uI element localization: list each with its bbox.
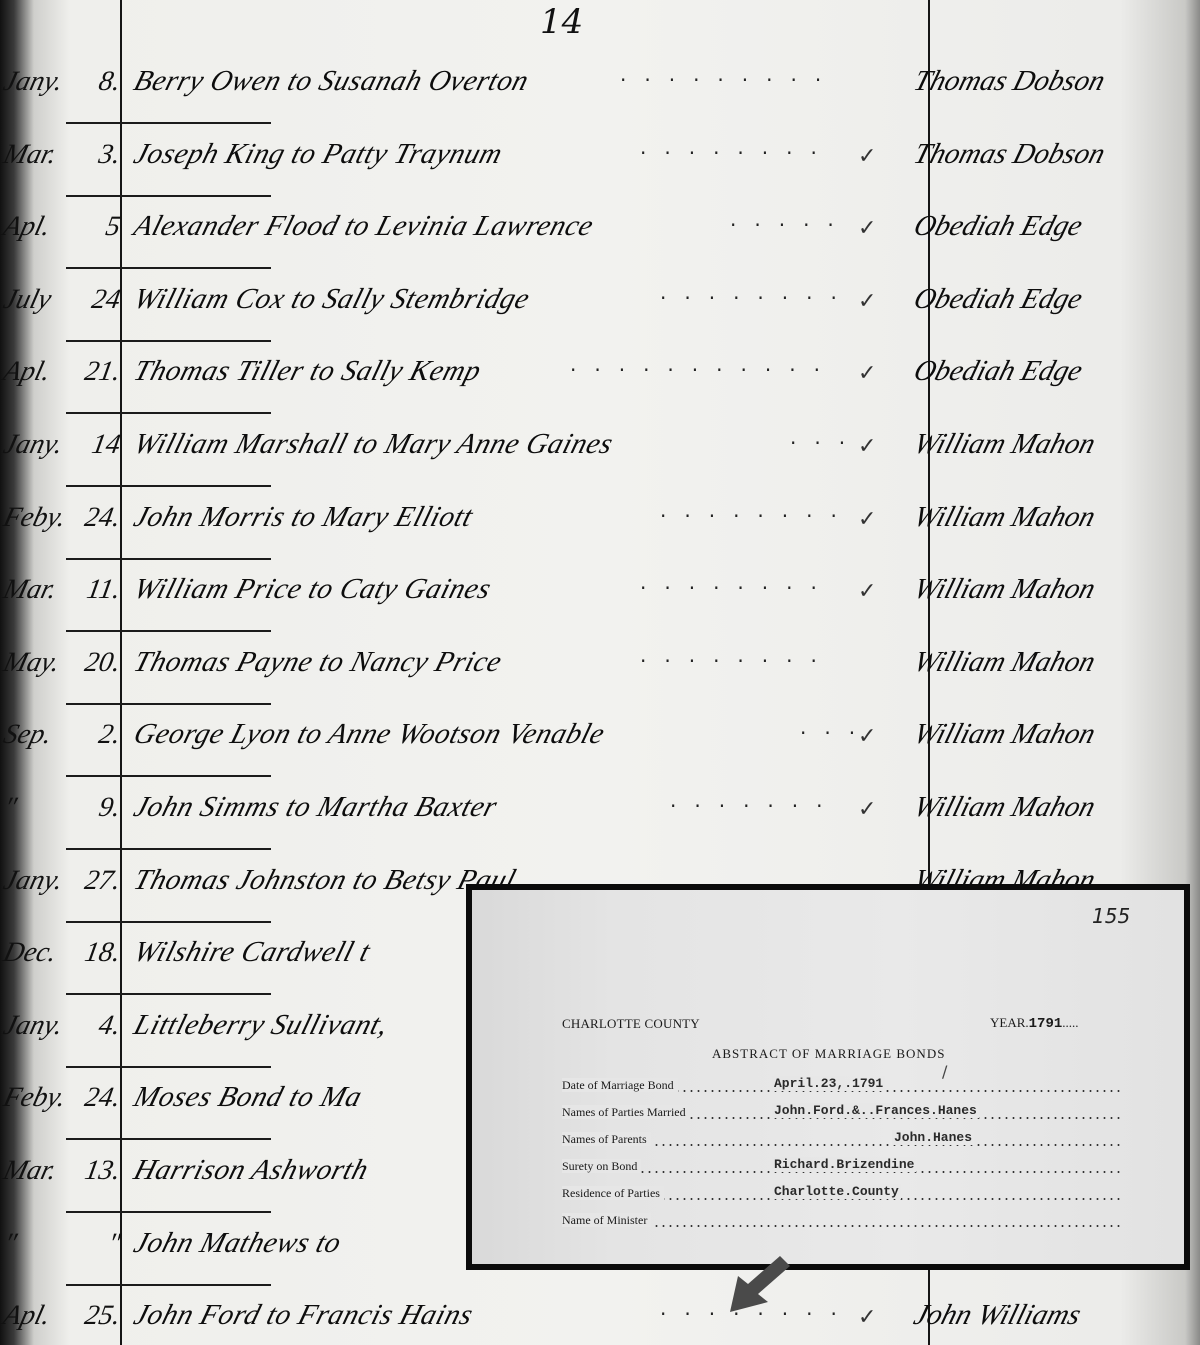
- page-number: 14: [540, 2, 583, 42]
- entry-officiant: William Mahon: [910, 791, 1099, 824]
- field-name-of-minister: Name of Minister: [562, 1211, 1122, 1231]
- entry-parties: Thomas Tiller to Sally Kemp: [130, 355, 485, 388]
- entry-day: 13.: [71, 1155, 123, 1187]
- entry-parties: Alexander Flood to Levinia Lawrence: [130, 210, 597, 243]
- field-label: Residence of Parties: [562, 1186, 664, 1200]
- register-entry-row: Apl.21.Thomas Tiller to Sally Kemp······…: [0, 328, 1200, 400]
- entry-day: 3.: [71, 139, 123, 171]
- leader-dots: ········: [640, 576, 835, 600]
- entry-officiant: Thomas Dobson: [910, 138, 1109, 171]
- entry-month: Apl.: [0, 356, 78, 388]
- entry-day: 9.: [71, 792, 123, 824]
- field-label: Names of Parties Married: [562, 1105, 690, 1119]
- entry-parties: Moses Bond to Ma: [130, 1081, 366, 1114]
- register-entry-row: Mar.3.Joseph King to Patty Traynum······…: [0, 111, 1200, 183]
- card-year-label: YEAR.: [990, 1015, 1029, 1030]
- register-entry-row: May.20.Thomas Payne to Nancy Price······…: [0, 619, 1200, 691]
- entry-day: 8.: [71, 66, 123, 98]
- entry-day: 20.: [71, 647, 123, 679]
- entry-day: 5: [71, 211, 123, 243]
- entry-day: 25.: [71, 1300, 123, 1332]
- field-value: Richard.Brizendine: [772, 1157, 916, 1172]
- entry-day: 24: [71, 284, 123, 316]
- register-entry-row: Feby.24.John Morris to Mary Elliott·····…: [0, 474, 1200, 546]
- entry-day: 24.: [71, 502, 123, 534]
- entry-officiant: Thomas Dobson: [910, 65, 1109, 98]
- entry-parties: William Marshall to Mary Anne Gaines: [130, 428, 617, 461]
- checkmark-icon: ✓: [858, 434, 876, 459]
- checkmark-icon: /: [942, 1062, 947, 1081]
- register-entry-row: Apl.25.John Ford to Francis Hains·······…: [0, 1272, 1200, 1344]
- entry-parties: John Morris to Mary Elliott: [130, 501, 477, 534]
- entry-month: ": [0, 792, 78, 824]
- entry-officiant: Obediah Edge: [910, 210, 1086, 243]
- register-entry-row: Sep.2.George Lyon to Anne Wootson Venabl…: [0, 691, 1200, 763]
- field-names-of-parties-married: Names of Parties Married John.Ford.&..Fr…: [562, 1103, 1122, 1123]
- arrow-down-left-icon: [724, 1254, 794, 1314]
- checkmark-icon: ✓: [858, 144, 876, 169]
- entry-parties: Littleberry Sullivant,: [130, 1009, 392, 1042]
- register-entry-row: Apl.5Alexander Flood to Levinia Lawrence…: [0, 183, 1200, 255]
- entry-month: Mar.: [0, 574, 78, 606]
- field-label: Names of Parents: [562, 1132, 651, 1146]
- leader-dots: ···········: [570, 358, 838, 382]
- entry-day: 27.: [71, 865, 123, 897]
- entry-month: ": [0, 1228, 78, 1260]
- abstract-of-marriage-bonds-card: 155 CHARLOTTE COUNTY YEAR.1791..... ABST…: [466, 884, 1190, 1270]
- card-title: ABSTRACT OF MARRIAGE BONDS: [712, 1046, 945, 1062]
- entry-parties: John Mathews to: [130, 1227, 345, 1260]
- register-entry-row: Mar.11.William Price to Caty Gaines·····…: [0, 546, 1200, 618]
- checkmark-icon: ✓: [858, 507, 876, 532]
- card-county: CHARLOTTE COUNTY: [562, 1016, 700, 1032]
- checkmark-icon: ✓: [858, 724, 876, 749]
- entry-day: 21.: [71, 356, 123, 388]
- field-label: Name of Minister: [562, 1213, 651, 1227]
- field-surety-on-bond: Surety on Bond Richard.Brizendine: [562, 1157, 1122, 1177]
- field-residence-of-parties: Residence of Parties Charlotte.County: [562, 1184, 1122, 1204]
- leader-dots: ········: [640, 141, 835, 165]
- entry-officiant: William Mahon: [910, 501, 1099, 534]
- entry-parties: Berry Owen to Susanah Overton: [130, 65, 533, 98]
- entry-parties: John Simms to Martha Baxter: [130, 791, 501, 824]
- entry-parties: Joseph King to Patty Traynum: [130, 138, 506, 171]
- entry-month: Mar.: [0, 1155, 78, 1187]
- field-label: Date of Marriage Bond: [562, 1078, 678, 1092]
- entry-month: Jany.: [0, 429, 78, 461]
- register-entry-row: "9.John Simms to Martha Baxter·······✓Wi…: [0, 764, 1200, 836]
- entry-month: Apl.: [0, 211, 78, 243]
- field-value: April.23,.1791: [772, 1076, 885, 1091]
- register-entry-row: July24William Cox to Sally Stembridge···…: [0, 256, 1200, 328]
- entry-officiant: William Mahon: [910, 718, 1099, 751]
- entry-month: Feby.: [0, 1082, 78, 1114]
- entry-parties: Wilshire Cardwell t: [130, 936, 374, 969]
- card-year: YEAR.1791.....: [990, 1015, 1079, 1032]
- entry-parties: George Lyon to Anne Wootson Venable: [130, 718, 609, 751]
- entry-parties: John Ford to Francis Hains: [130, 1299, 477, 1332]
- entry-officiant: Obediah Edge: [910, 283, 1086, 316]
- entry-officiant: John Williams: [910, 1299, 1085, 1332]
- field-label: Surety on Bond: [562, 1159, 641, 1173]
- entry-officiant: William Mahon: [910, 573, 1099, 606]
- entry-month: Sep.: [0, 719, 78, 751]
- register-entry-row: Jany.8.Berry Owen to Susanah Overton····…: [0, 38, 1200, 110]
- entry-month: Feby.: [0, 502, 78, 534]
- checkmark-icon: ✓: [858, 216, 876, 241]
- entry-parties: Thomas Johnston to Betsy Paul: [130, 864, 520, 897]
- card-year-trail: .....: [1062, 1015, 1078, 1030]
- entry-month: Jany.: [0, 66, 78, 98]
- field-date-of-marriage-bond: Date of Marriage Bond April.23,.1791 /: [562, 1076, 1122, 1096]
- entry-month: Jany.: [0, 865, 78, 897]
- entry-parties: Harrison Ashworth: [130, 1154, 372, 1187]
- entry-day: 11.: [71, 574, 123, 606]
- entry-day: 4.: [71, 1010, 123, 1042]
- checkmark-icon: ✓: [858, 797, 876, 822]
- leader-dots: ········: [640, 649, 835, 673]
- entry-parties: William Price to Caty Gaines: [130, 573, 495, 606]
- entry-day: 14: [71, 429, 123, 461]
- checkmark-icon: ✓: [858, 579, 876, 604]
- checkmark-icon: ✓: [858, 361, 876, 386]
- leader-dots: ···: [790, 431, 863, 455]
- field-value: Charlotte.County: [772, 1184, 901, 1199]
- card-year-value: 1791: [1029, 1016, 1063, 1032]
- checkmark-icon: ✓: [858, 289, 876, 314]
- entry-parties: Thomas Payne to Nancy Price: [130, 646, 506, 679]
- leader-dots: ········: [660, 504, 855, 528]
- entry-month: Mar.: [0, 139, 78, 171]
- checkmark-icon: ✓: [858, 1305, 876, 1330]
- entry-day: ": [71, 1228, 123, 1260]
- entry-officiant: William Mahon: [910, 428, 1099, 461]
- field-value: John.Ford.&..Frances.Hanes: [772, 1103, 979, 1118]
- register-entry-row: Jany.14William Marshall to Mary Anne Gai…: [0, 401, 1200, 473]
- entry-day: 18.: [71, 937, 123, 969]
- entry-parties: William Cox to Sally Stembridge: [130, 283, 534, 316]
- entry-month: Apl.: [0, 1300, 78, 1332]
- leader-dots: ·······: [670, 794, 841, 818]
- entry-month: May.: [0, 647, 78, 679]
- entry-month: Jany.: [0, 1010, 78, 1042]
- entry-month: Dec.: [0, 937, 78, 969]
- leader-dots: ·····: [730, 213, 852, 237]
- entry-officiant: Obediah Edge: [910, 355, 1086, 388]
- leader-dots: ·········: [620, 68, 839, 92]
- leader-dots: ········: [660, 286, 855, 310]
- field-names-of-parents: Names of Parents John.Hanes: [562, 1130, 1122, 1150]
- field-value: John.Hanes: [892, 1130, 974, 1145]
- entry-month: July: [0, 284, 78, 316]
- card-handwritten-number: 155: [1092, 904, 1130, 928]
- entry-day: 2.: [71, 719, 123, 751]
- entry-officiant: William Mahon: [910, 646, 1099, 679]
- entry-day: 24.: [71, 1082, 123, 1114]
